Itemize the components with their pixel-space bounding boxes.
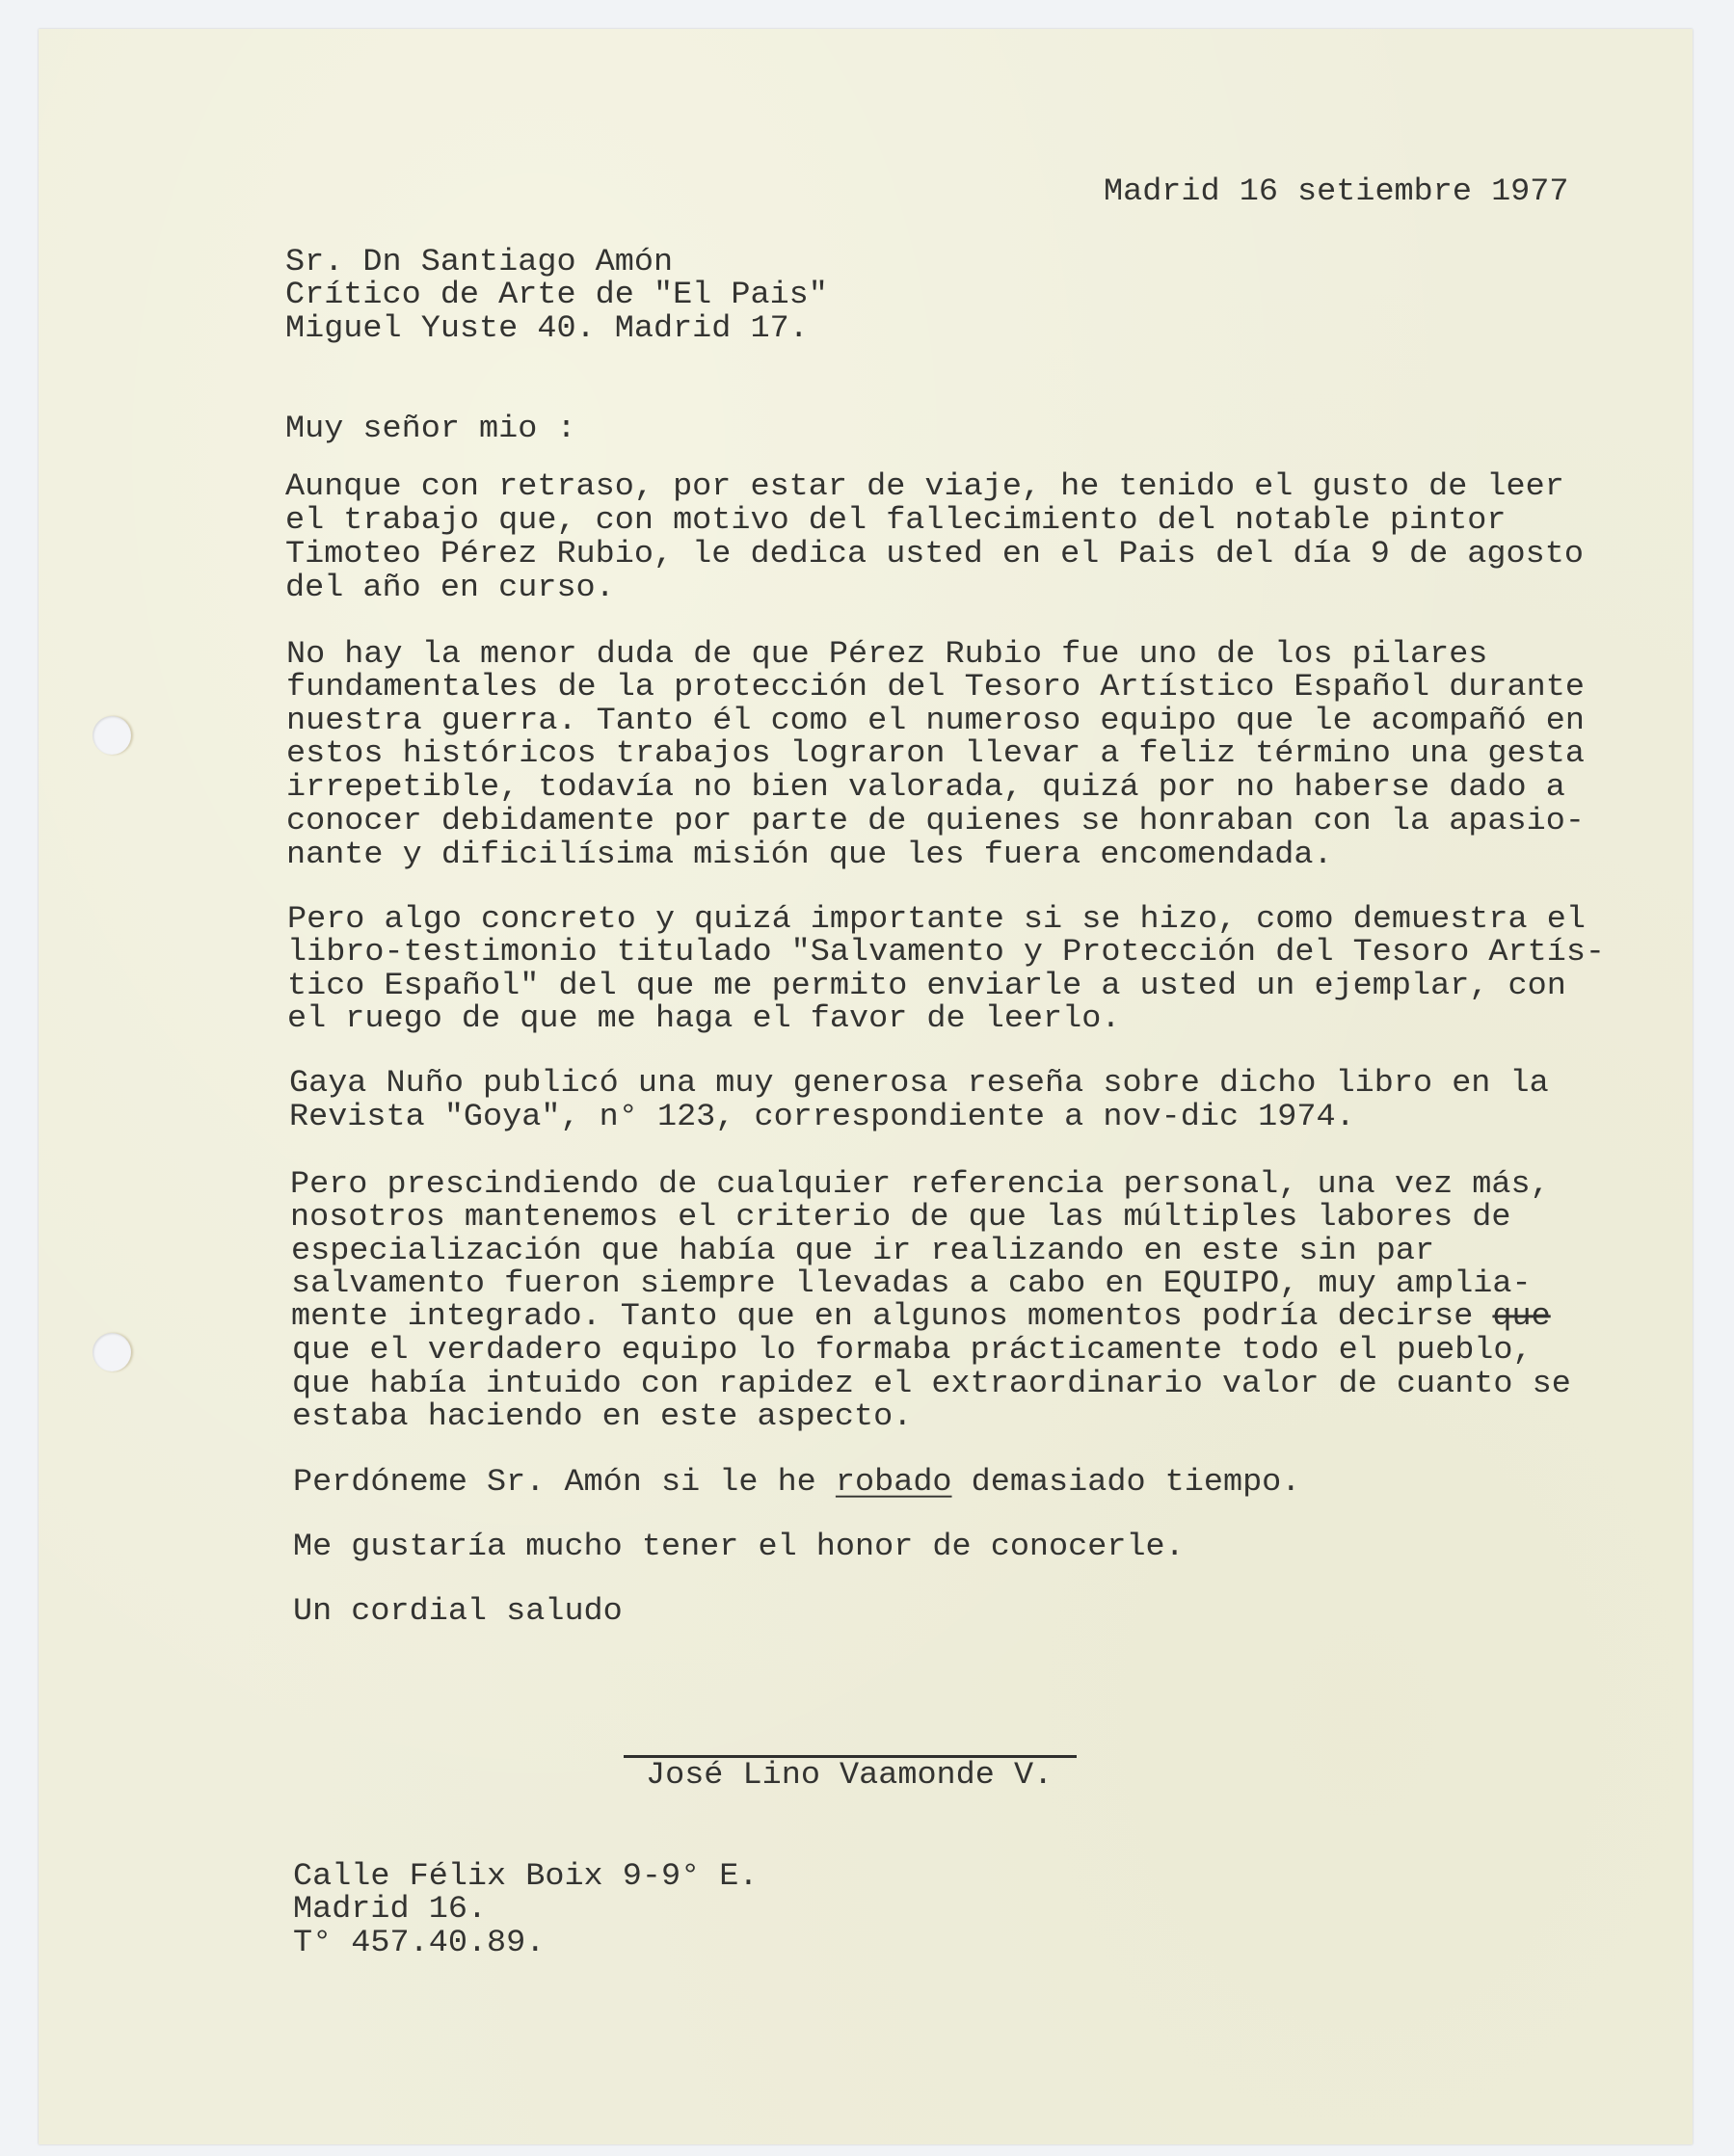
closing-wish: Me gustaría mucho tener el honor de cono… [293, 1530, 1185, 1564]
paragraph-line: Gaya Nuño publicó una muy generosa reseñ… [289, 1067, 1549, 1101]
punch-hole [93, 1333, 131, 1371]
paragraph-line: estos históricos trabajos lograron lleva… [286, 737, 1585, 771]
recipient-line: Miguel Yuste 40. Madrid 17. [285, 312, 809, 346]
paragraph-line: No hay la menor duda de que Pérez Rubio … [286, 638, 1487, 672]
paragraph-line: nuestra guerra. Tanto él como el numeros… [286, 705, 1585, 738]
paragraph-line-text: mente integrado. Tanto que en algunos mo… [291, 1299, 1492, 1334]
paragraph-line: que había intuido con rapidez el extraor… [292, 1368, 1571, 1401]
paragraph-line: especialización que había que ir realiza… [291, 1235, 1434, 1268]
recipient-line: Sr. Dn Santiago Amón [285, 246, 673, 279]
paragraph-line: Aunque con retraso, por estar de viaje, … [285, 470, 1564, 504]
recipient-line: Crítico de Arte de "El Pais" [285, 279, 828, 312]
closing-text: Perdóneme Sr. Amón si le he [293, 1465, 836, 1500]
paragraph-line: mente integrado. Tanto que en algunos mo… [291, 1300, 1551, 1334]
underlined-word: robado [836, 1465, 952, 1500]
paragraph-line: nante y dificilísima misión que les fuer… [286, 838, 1333, 872]
punch-hole [93, 716, 131, 755]
salutation: Muy señor mio : [285, 413, 576, 446]
struck-word: que [1492, 1299, 1550, 1334]
letter-date: Madrid 16 setiembre 1977 [1104, 175, 1568, 209]
paragraph-line: conocer debidamente por parte de quienes… [286, 805, 1585, 838]
paragraph-line: nosotros mantenemos el criterio de que l… [290, 1201, 1511, 1235]
sender-address-line: Madrid 16. [293, 1893, 487, 1927]
paragraph-line: el ruego de que me haga el favor de leer… [287, 1002, 1120, 1036]
paragraph-line: Revista "Goya", n° 123, correspondiente … [289, 1101, 1355, 1134]
closing-text: demasiado tiempo. [952, 1465, 1301, 1500]
paragraph-line: Pero prescindiendo de cualquier referenc… [290, 1168, 1550, 1202]
sender-address-line: Calle Félix Boix 9-9° E. [293, 1860, 758, 1894]
paragraph-line: Timoteo Pérez Rubio, le dedica usted en … [285, 538, 1584, 572]
closing-apology: Perdóneme Sr. Amón si le he robado demas… [293, 1466, 1300, 1500]
paragraph-line: irrepetible, todavía no bien valorada, q… [286, 771, 1565, 805]
paragraph-line: del año en curso. [285, 572, 615, 605]
closing-greeting: Un cordial saludo [293, 1595, 623, 1629]
paragraph-line: fundamentales de la protección del Tesor… [286, 671, 1585, 705]
signature-name: José Lino Vaamonde V. [646, 1759, 1053, 1793]
paragraph-line: libro-testimonio titulado "Salvamento y … [287, 936, 1605, 970]
paragraph-line: Pero algo concreto y quizá importante si… [287, 903, 1586, 937]
sender-address-line: T° 457.40.89. [293, 1927, 545, 1960]
paragraph-line: estaba haciendo en este aspecto. [292, 1400, 912, 1434]
paragraph-line: que el verdadero equipo lo formaba práct… [292, 1334, 1533, 1368]
paragraph-line: el trabajo que, con motivo del fallecimi… [285, 504, 1507, 538]
paragraph-line: salvamento fueron siempre llevadas a cab… [291, 1267, 1532, 1301]
paragraph-line: tico Español" del que me permito enviarl… [287, 970, 1566, 1003]
